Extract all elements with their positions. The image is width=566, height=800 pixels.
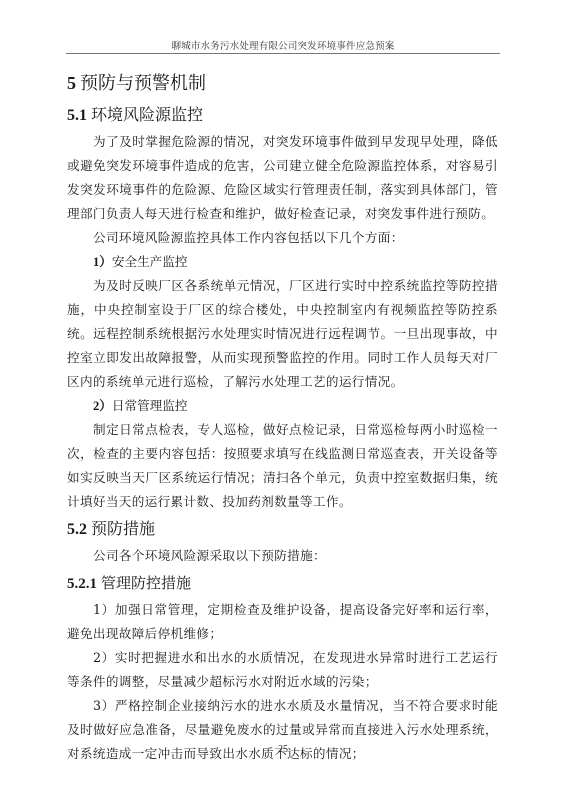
paragraph-daily-monitoring: 制定日常点检表，专人巡检，做好点检记录，日常巡检每两小时巡检一次，检查的主要内容…	[67, 418, 498, 514]
running-header: 聊城市水务污水处理有限公司突发环境事件应急预案	[66, 38, 500, 52]
item-number: 2）	[93, 399, 112, 413]
measure-item-3: 3）严格控制企业接纳污水的进水水质及水量情况，当不符合要求时能及时做好应急准备，…	[67, 694, 498, 766]
measure-item-1: 1）加强日常管理，定期检查及维护设备，提高设备完好率和运行率，避免出现故障后停机…	[67, 598, 498, 646]
section-number: 5.2.1	[67, 576, 97, 592]
item-title-safety-monitoring: 1）安全生产监控	[67, 250, 498, 274]
section-number: 5	[67, 73, 76, 93]
item-number: 1）	[93, 255, 112, 269]
section-number: 5.1	[67, 107, 87, 124]
section-title: 预防与预警机制	[80, 73, 206, 94]
paragraph-intro: 为了及时掌握危险源的情况，对突发环境事件做到早发现早处理，降低或避免突发环境事件…	[67, 130, 498, 226]
section-5-1-heading: 5.1环境风险源监控	[67, 100, 498, 130]
page-number: 25	[0, 744, 566, 755]
section-5-2-1-heading: 5.2.1管理防控措施	[67, 568, 498, 598]
section-title: 预防措施	[91, 519, 155, 538]
item-title-daily-monitoring: 2）日常管理监控	[67, 394, 498, 418]
section-number: 5.2	[67, 521, 87, 538]
paragraph-lead: 公司环境风险源监控具体工作内容包括以下几个方面：	[67, 226, 498, 250]
section-title: 环境风险源监控	[91, 105, 203, 124]
header-rule	[66, 53, 500, 54]
section-title: 管理防控措施	[101, 574, 191, 592]
item-title-text: 日常管理监控	[112, 398, 188, 413]
paragraph-prevention-lead: 公司各个环境风险源采取以下预防措施：	[67, 544, 498, 568]
page-body: 5预防与预警机制 5.1环境风险源监控 为了及时掌握危险源的情况，对突发环境事件…	[67, 66, 498, 766]
paragraph-safety-monitoring: 为及时反映厂区各系统单元情况，厂区进行实时中控系统监控等防控措施，中央控制室设于…	[67, 274, 498, 394]
section-5-heading: 5预防与预警机制	[67, 66, 498, 100]
section-5-2-heading: 5.2预防措施	[67, 514, 498, 544]
item-title-text: 安全生产监控	[112, 254, 188, 269]
measure-item-2: 2）实时把握进水和出水的水质情况，在发现进水异常时进行工艺运行等条件的调整，尽量…	[67, 646, 498, 694]
